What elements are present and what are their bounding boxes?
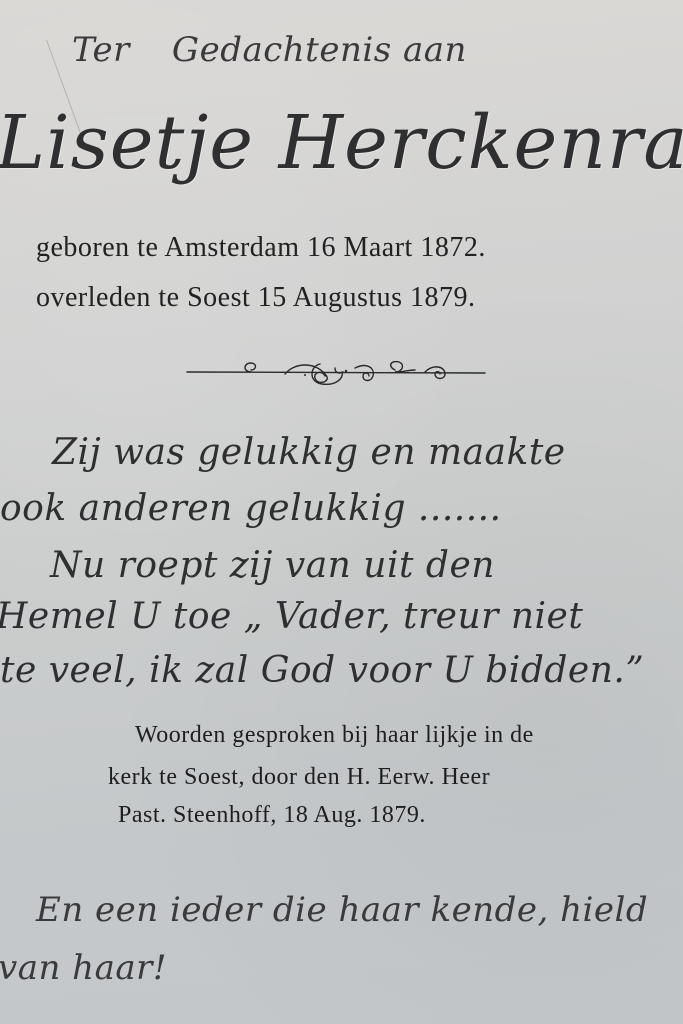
verse-line-3: Nu roept zij van uit den	[50, 545, 495, 586]
ornamental-flourish-divider-icon	[185, 358, 487, 388]
verse-line-5: te veel, ik zal God voor U bidden.”	[0, 650, 644, 691]
card-heading: TerGedachtenis aan	[72, 30, 467, 70]
attribution-line-1: Woorden gesproken bij haar lijkje in de	[135, 722, 534, 749]
death-line: overleden te Soest 15 Augustus 1879.	[36, 282, 476, 314]
verse-line-2: ook anderen gelukkig .......	[0, 488, 502, 529]
heading-gedachtenis: Gedachtenis aan	[172, 30, 467, 70]
birth-line: geboren te Amsterdam 16 Maart 1872.	[36, 232, 486, 264]
verse-line-1: Zij was gelukkig en maakte	[52, 432, 566, 473]
attribution-line-2: kerk te Soest, door den H. Eerw. Heer	[108, 764, 490, 791]
closing-line-2: van haar!	[0, 948, 167, 988]
verse-line-4: Hemel U toe „ Vader, treur niet	[0, 596, 583, 637]
deceased-name: Lisetje Herckenrath,	[0, 100, 683, 186]
attribution-line-3: Past. Steenhoff, 18 Aug. 1879.	[118, 802, 426, 829]
heading-ter: Ter	[72, 30, 130, 70]
closing-line-1: En een ieder die haar kende, hield	[36, 890, 648, 930]
